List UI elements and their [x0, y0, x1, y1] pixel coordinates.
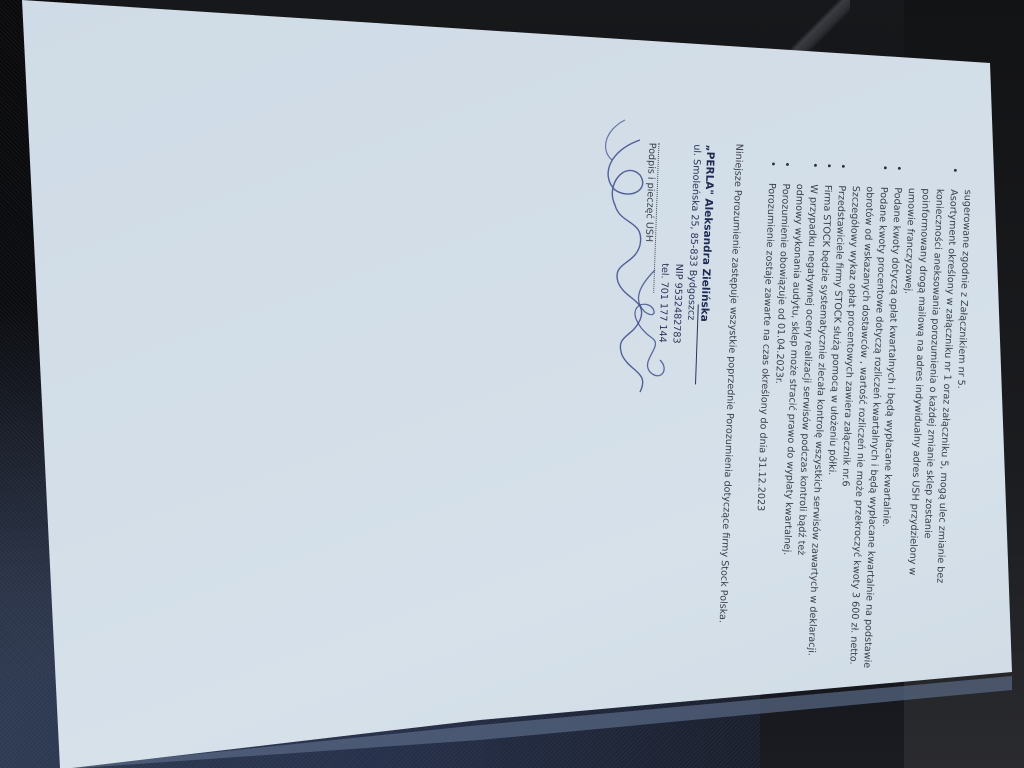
company-stamp: „PERLA" Aleksandra Zielińska ul. Smoleńs…	[652, 143, 718, 425]
photo-scene: sugerowane zgodnie z Załącznikiem nr 5. …	[0, 0, 1024, 768]
agreement-document: sugerowane zgodnie z Załącznikiem nr 5. …	[625, 148, 975, 719]
terms-list: Asortyment określony w załączniku nr 1 o…	[746, 153, 961, 719]
closing-sentence: Niniejsze Porozumienie zastępuje wszystk…	[712, 143, 746, 711]
